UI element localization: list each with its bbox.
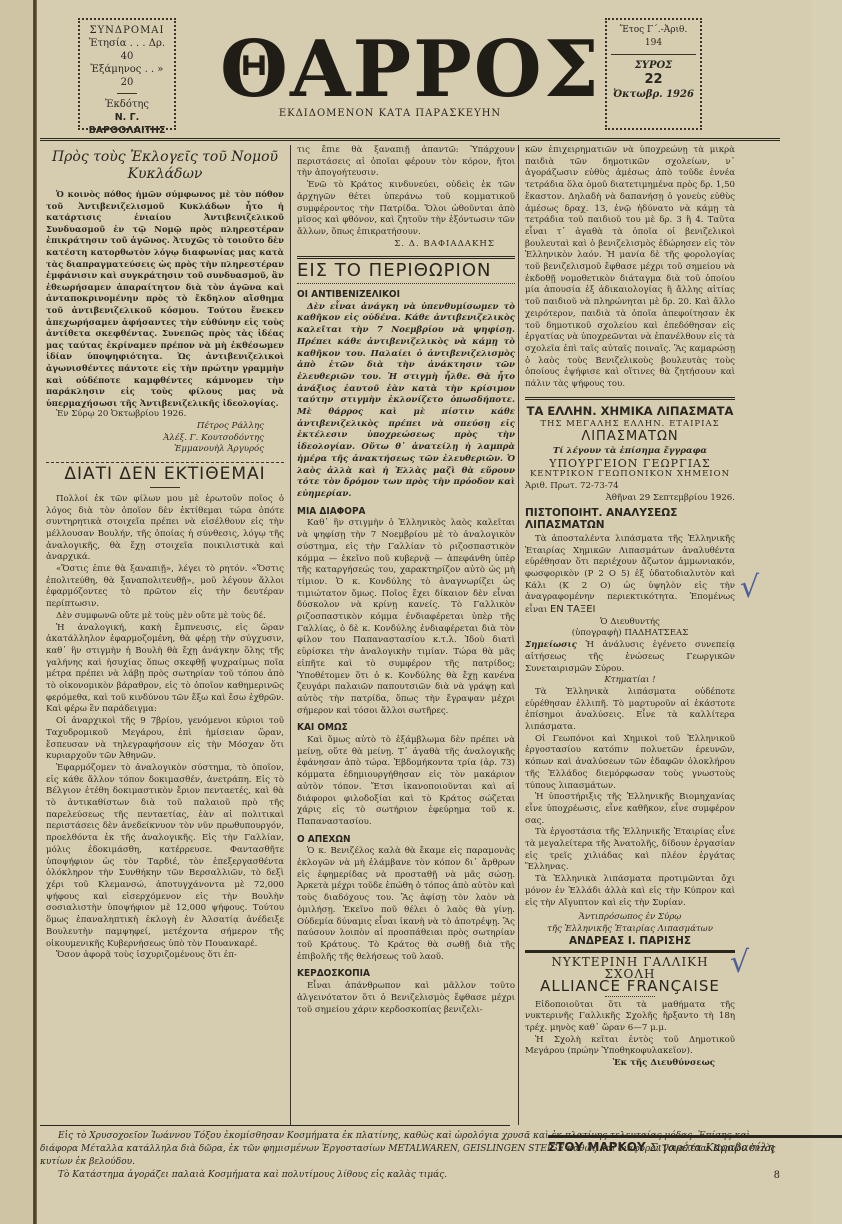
divider — [46, 462, 284, 463]
article-paragraph: Ὅσον ἀφορᾷ τοὺς ἰσχυριζομένους ὅτι ἐπ- — [46, 950, 284, 962]
subscriptions-heading: ΣΥΝΔΡΟΜΑΙ — [84, 24, 170, 37]
issue-day: 22 — [611, 72, 696, 88]
ad-cert-title: ΠΙΣΤΟΠΟΙΗΤ. ΑΝΑΛΥΣΕΩΣ ΛΙΠΑΣΜΑΤΩΝ — [525, 508, 735, 531]
signatory: Ἐμμανουὴλ Ἀργυρός — [46, 444, 284, 456]
article-paragraph: Ἡ ἀναλογική, κακὴ ἔμπνευσις, εἰς ὥραν ἀκ… — [46, 623, 284, 717]
ad-rep-label: Ἀντιπρόσωπος ἐν Σύρῳ — [525, 912, 735, 924]
subscription-half-year: Ἑξάμηνος . . » 20 — [84, 63, 170, 89]
divider — [117, 93, 137, 94]
divider — [525, 950, 735, 953]
article-paragraph: Ἐφαρμόζομεν τὸ ἀναλογικὸν σύστημα, τὸ ὁπ… — [46, 763, 284, 950]
article-paragraph: Οἱ ἀναρχικοὶ τῆς 9 7βρίου, γενόμενοι κύρ… — [46, 716, 284, 763]
item-heading: ΜΙΑ ΔΙΑΦΟΡΑ — [297, 506, 515, 518]
footer-line: Τὸ Κατάστημα ἀγοράζει παλαιὰ Κοσμήματα κ… — [40, 1169, 780, 1182]
article-body: Ὁ κοινὸς πόθος ἡμῶν σύμφωνος μὲ τὸν πόθο… — [46, 189, 284, 409]
pen-check-mark: √ — [740, 570, 759, 605]
ad-note: Σημείωσις Ἡ ἀνάλυσις ἐγένετο συνεπείᾳ αἰ… — [525, 640, 735, 675]
divider — [150, 487, 180, 488]
item-body: Καὶ ὅμως αὐτὸ τὸ ἐξάμβλωμα δὲν πρέπει νὰ… — [297, 735, 515, 829]
column-2: τις ἔπιε θὰ ξαναπιῇ ἀπαντῶ: Ὑπάρχουν περ… — [290, 145, 515, 1125]
ad-paragraph: Οἱ Γεωπόνοι καὶ Χημικοὶ τοῦ Ἑλληνικοῦ ἐρ… — [525, 734, 735, 793]
column-1: Πρὸς τοὺς Ἐκλογεῖς τοῦ Νομοῦ Κυκλάδων Ὁ … — [46, 145, 284, 1125]
ad-line: ΛΙΠΑΣΜΑΤΩΝ — [525, 431, 735, 443]
article-paragraph: Πολλοί ἐκ τῶν φίλων μου μὲ ἐρωτοῦν ποῖος… — [46, 494, 284, 564]
ad-director-label: Ὁ Διευθυντής — [525, 617, 735, 629]
ad-paragraph: Τὰ Ἑλληνικὰ λιπάσματα οὐδέποτε εὑρέθησαν… — [525, 687, 735, 734]
ad-rep-company: τῆς Ἑλληνικῆς Ἑταιρίας Λιπασμάτων — [525, 924, 735, 936]
item-body: Δὲν εἶναι ἀνάγκη νὰ ὑπενθυμίσωμεν τὸ καθ… — [297, 302, 515, 501]
article-title: Πρὸς τοὺς Ἐκλογεῖς τοῦ Νομοῦ Κυκλάδων — [46, 149, 284, 183]
article-continuation: Ἐνῶ τὸ Κράτος κινδυνεύει, οὐδεὶς ἐκ τῶν … — [297, 180, 515, 239]
article-paragraph: «Ὅστις ἐπιε θὰ ξαναπιῇ», λέγει τὸ ρητόν.… — [46, 564, 284, 611]
issue-box: Ἔτος Γ΄.-Ἀριθ. 194 ΣΥΡΟΣ 22 Ὀκτωβρ. 1926 — [605, 18, 702, 130]
item-body: Εἶναι ἀπάνθρωπον καὶ μᾶλλον τοῦτο ἀλγειν… — [297, 981, 515, 1016]
item-heading: ΚΑΙ ΟΜΩΣ — [297, 722, 515, 734]
ad-exclaim: Κτηματίαι ! — [525, 675, 735, 687]
newspaper-page: ΣΥΝΔΡΟΜΑΙ Ἐτησία . . . Δρ. 40 Ἑξάμηνος .… — [40, 10, 820, 1220]
subscriptions-box: ΣΥΝΔΡΟΜΑΙ Ἐτησία . . . Δρ. 40 Ἑξάμηνος .… — [78, 18, 176, 130]
ad-rep-name: ΑΝΔΡΕΑΣ Ι. ΠΑΡΙΣΗΣ — [525, 936, 735, 948]
divider — [297, 256, 515, 259]
ad2-name: ALLIANCE FRANÇAISE — [525, 981, 735, 993]
item-heading: Ο ΑΠΕΧΩΝ — [297, 834, 515, 846]
column-3: κῶν ἐπιχειρηματιῶν νὰ ὑποχρεώνῃ τὰ μικρὰ… — [518, 145, 735, 1125]
divider — [297, 283, 515, 284]
ad-cert-body: Τὰ ἀποσταλέντα λιπάσματα τῆς Ἑλληνικῆς Ἑ… — [525, 534, 735, 617]
issue-month-year: Ὀκτωβρ. 1926 — [611, 88, 696, 101]
ornament-divider — [605, 996, 655, 997]
signatory: Ἀλέξ. Γ. Κουτσοδόντης — [46, 433, 284, 445]
article-continuation: τις ἔπιε θὰ ξαναπιῇ ἀπαντῶ: Ὑπάρχουν περ… — [297, 145, 515, 180]
article-continuation: κῶν ἐπιχειρηματιῶν νὰ ὑποχρεώνῃ τὰ μικρὰ… — [525, 145, 735, 391]
left-page-edge — [0, 0, 33, 1224]
footer-rule — [40, 1125, 510, 1126]
issue-year-number: Ἔτος Γ΄.-Ἀριθ. 194 — [611, 24, 696, 50]
ad-ministry: ΥΠΟΥΡΓΕΙΟΝ ΓΕΩΡΓΙΑΣ — [525, 458, 735, 470]
ad-tagline: Τί λέγουν τὰ ἐπίσημα ἔγγραφα — [525, 446, 735, 458]
ad-note-label: Σημείωσις — [525, 640, 577, 650]
ad-cert-text: Τὰ ἀποσταλέντα λιπάσματα τῆς Ἑλληνικῆς Ἑ… — [525, 534, 735, 615]
ad-date: Ἀθῆναι 29 Σεπτεμβρίου 1926. — [525, 493, 735, 505]
pen-check-mark: √ — [730, 945, 749, 980]
footer-line: Εἰς τὸ Χρυσοχοεῖον Ἰωάννου Τόξου ἐκομίσθ… — [40, 1130, 780, 1169]
item-body: Καθ᾽ ἣν στιγμὴν ὁ Ἑλληνικὸς λαὸς καλεῖτα… — [297, 518, 515, 717]
ad-director: (ὑπογραφὴ) ΠΑΔΗΑΤΣΕΑΣ — [525, 628, 735, 640]
ad-paragraph: Τὰ Ἑλληνικὰ λιπάσματα προτιμῶνται ὄχι μό… — [525, 874, 735, 909]
item-heading: ΟΙ ΑΝΤΙΒΕΝΙΖΕΛΙΚΟΙ — [297, 289, 515, 301]
article-paragraph: Δὲν συμφωνῶ οὔτε μὲ τοὺς μὲν οὔτε μὲ τοὺ… — [46, 611, 284, 623]
divider — [611, 54, 696, 55]
ad2-paragraph: Εἰδοποιοῦται ὅτι τὰ μαθήματα τῆς νυκτερι… — [525, 1000, 735, 1035]
article-dateline: Ἐν Σύρῳ 20 Ὀκτωβρίου 1926. — [46, 409, 284, 421]
ad-cert-emphasis: ΕΝ ΤΑΞΕΙ — [550, 604, 596, 615]
ad2-paragraph: Ἡ Σχολὴ κεῖται ἐντὸς τοῦ Δημοτικοῦ Μεγάρ… — [525, 1035, 735, 1058]
ad-title: ΤΑ ΕΛΛΗΝ. ΧΗΜΙΚΑ ΛΙΠΑΣΜΑΤΑ — [525, 406, 735, 418]
item-heading: ΚΕΡΔΟΣΚΟΠΙΑ — [297, 968, 515, 980]
publisher-name: Ν. Γ. ΒΑΡΘΟΛΑΙΤΗΣ — [84, 111, 170, 137]
binding-spine — [33, 0, 37, 1224]
section-title: ΕΙΣ ΤΟ ΠΕΡΙΘΩΡΙΟΝ — [297, 265, 515, 277]
divider — [525, 397, 735, 400]
ad2-signoff: Ἐκ τῆς Διευθύνσεως — [525, 1058, 735, 1070]
ad-ref: Ἀριθ. Πρωτ. 72-73-74 — [525, 481, 735, 493]
issue-place: ΣΥΡΟΣ — [611, 59, 696, 72]
signatory: Πέτρος Ράλλης — [46, 421, 284, 433]
article-title: ΔΙΑΤΙ ΔΕΝ ΕΚΤΙΘΕΜΑΙ — [46, 469, 284, 481]
masthead-rule — [40, 138, 780, 141]
ad-lab: ΚΕΝΤΡΙΚΟΝ ΓΕΩΠΟΝΙΚΟΝ ΧΗΜΕΙΟΝ — [525, 469, 735, 481]
newspaper-title: ΘΑΡΡΟΣ — [220, 30, 550, 110]
article-author: Σ. Δ. ΒΑΦΙΑΔΑΚΗΣ — [297, 239, 515, 251]
ad-paragraph: Ἡ ὑποστήριξις τῆς Ἑλληνικῆς Βιομηχανίας … — [525, 792, 735, 827]
subscription-yearly: Ἐτησία . . . Δρ. 40 — [84, 37, 170, 63]
ad-paragraph: Τὰ ἐργοστάσια τῆς Ἑλληνικῆς Ἑταιρίας εἶν… — [525, 827, 735, 874]
item-body: Ὁ κ. Βενιζέλος καλὰ θὰ ἔκαμε εἰς παραμον… — [297, 846, 515, 963]
footer-ad: Εἰς τὸ Χρυσοχοεῖον Ἰωάννου Τόξου ἐκομίσθ… — [40, 1130, 780, 1182]
publisher-label: Ἐκδότης — [84, 98, 170, 111]
page-number: 8 — [774, 1169, 780, 1182]
newspaper-subtitle: ΕΚΔΙΔΟΜΕΝΟΝ ΚΑΤΑ ΠΑΡΑΣΚΕΥΗΝ — [260, 108, 520, 119]
